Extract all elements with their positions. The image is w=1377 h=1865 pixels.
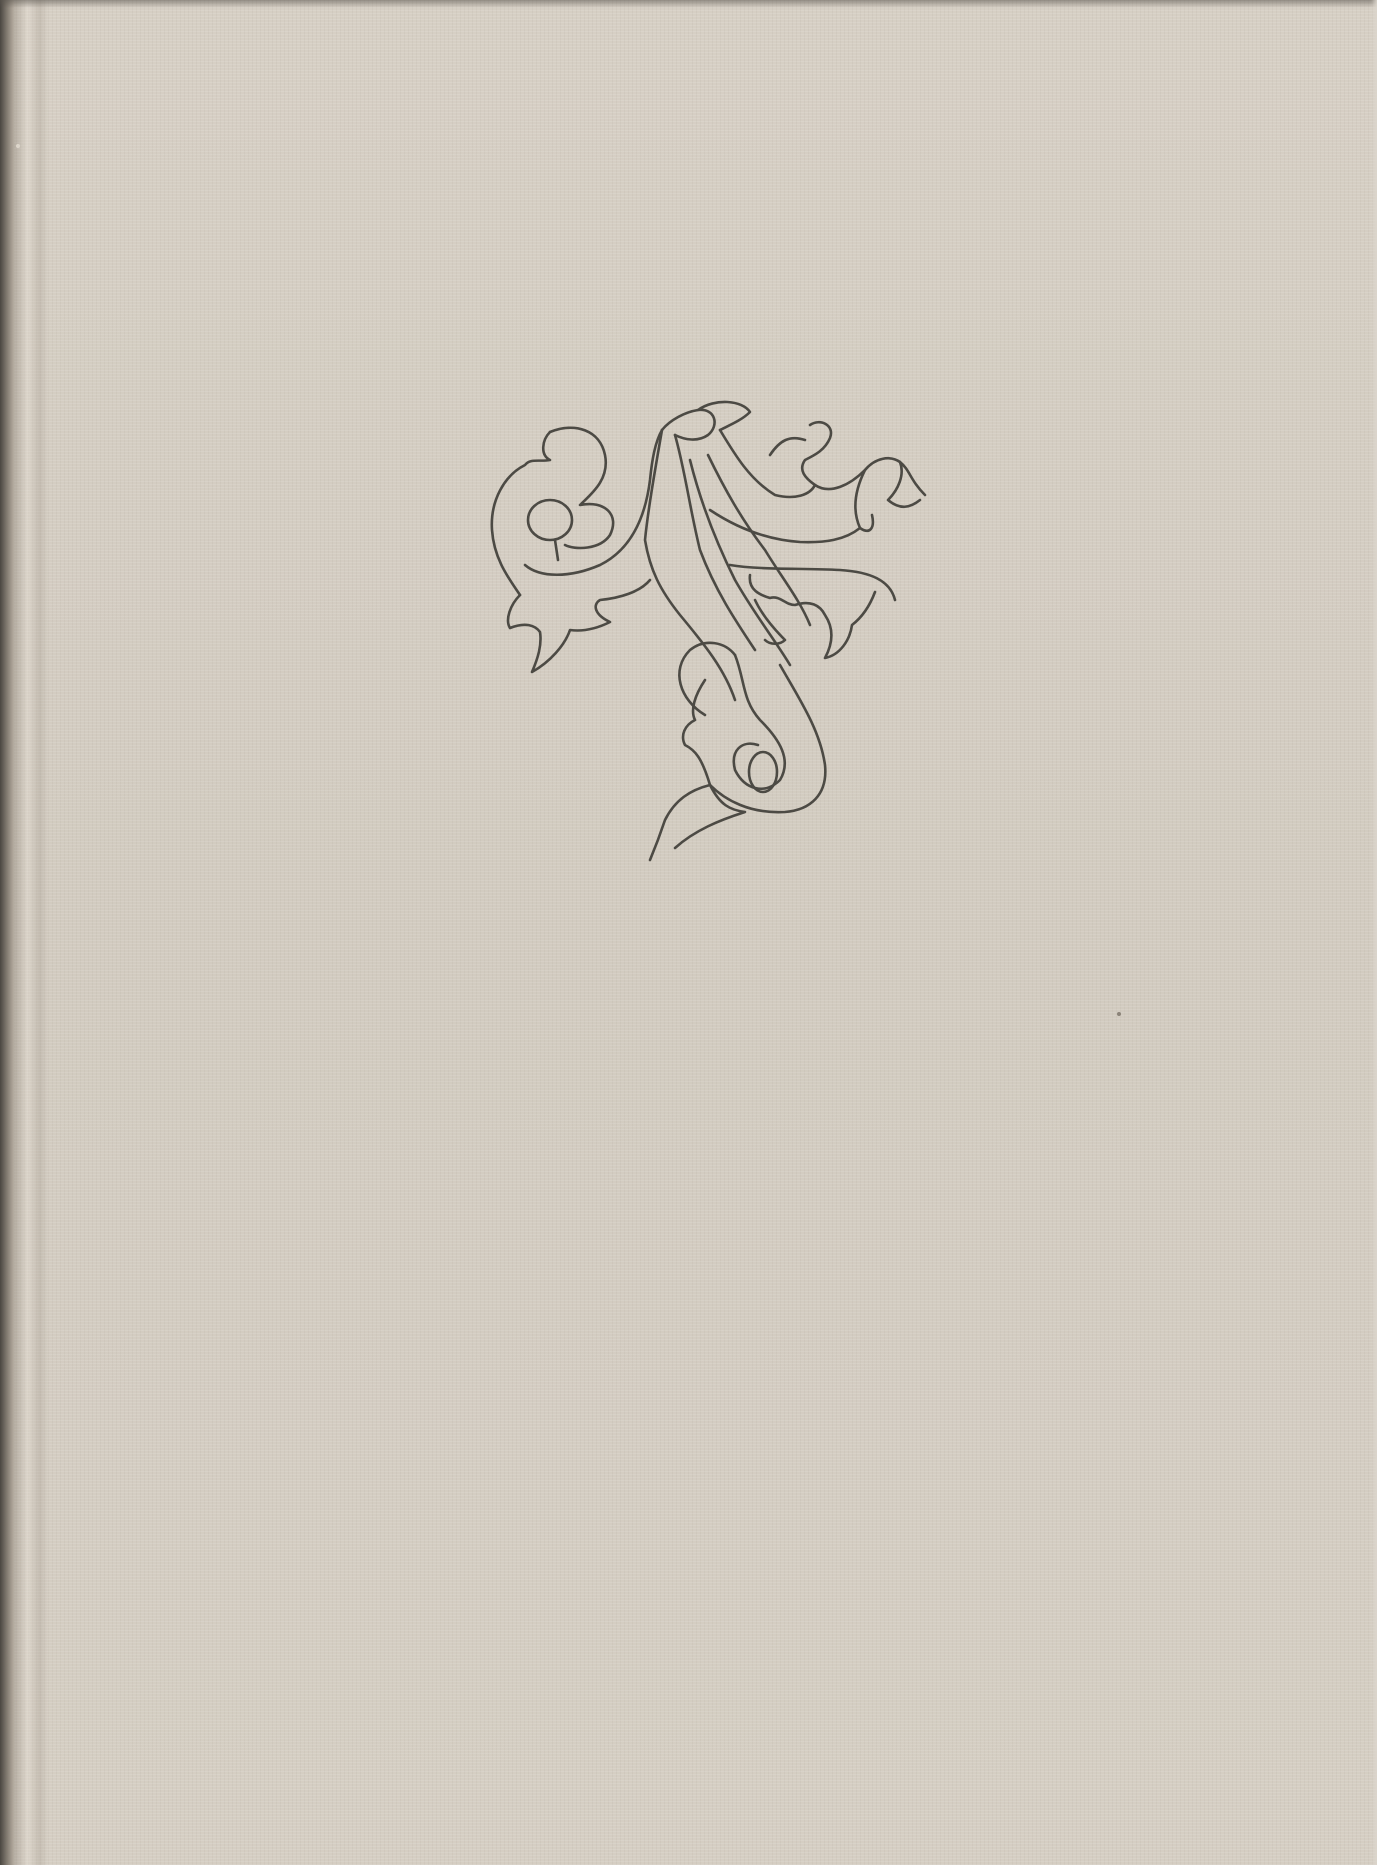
fabric-speck [16, 144, 20, 148]
book-cover [0, 0, 1377, 1865]
right-edge [1371, 0, 1377, 1865]
spine-edge [0, 0, 14, 1865]
fabric-speck [1117, 1012, 1121, 1016]
cover-hinge [14, 0, 48, 1865]
ornamental-initial-icon [480, 400, 940, 860]
acanthus-letter-icon [480, 400, 940, 860]
top-edge-shadow [0, 0, 1377, 8]
